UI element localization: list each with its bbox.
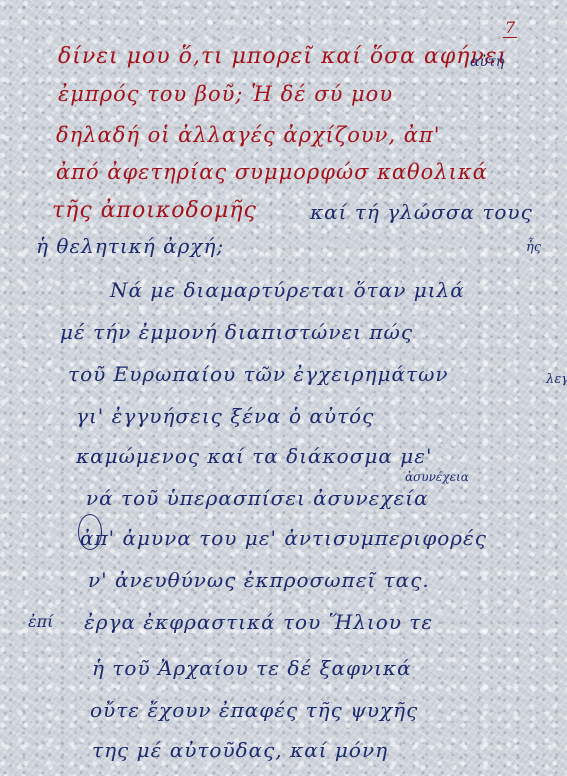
margin-annotation: λεγ xyxy=(546,372,567,387)
manuscript-line: καί τή γλώσσα τους xyxy=(310,200,533,224)
manuscript-line: ἡ θελητική ἀρχή; xyxy=(36,234,224,258)
manuscript-line: δηλαδή οἱ ἀλλαγές ἀρχίζουν, ἀπ' xyxy=(56,123,441,147)
manuscript-line: ἀπ' ἀμυνα του με' ἀντισυμπεριφορές xyxy=(80,526,487,550)
insert-annotation: ἀσυνέχεια xyxy=(405,470,469,484)
margin-annotation: αὐτή xyxy=(470,54,504,70)
manuscript-line: οὔτε ἔχουν ἐπαφές τῆς ψυχῆς xyxy=(90,698,418,722)
manuscript-line: τοῦ Ευρωπαίου τῶν ἐγχειρημάτων xyxy=(68,362,449,386)
manuscript-page: 7 δίνει μου ὅ,τι μπορεῖ καί ὅσα αφήνει α… xyxy=(0,0,567,776)
manuscript-line: ἐργα ἐκφραστικά του Ἥλιου τε xyxy=(84,610,433,634)
manuscript-line: Νά με διαμαρτύρεται ὅταν μιλά xyxy=(110,278,465,302)
manuscript-line: τῆς ἀποικοδομῆς xyxy=(52,198,257,223)
manuscript-line: νά τοῦ ὑπερασπίσει ἀσυνεχεία xyxy=(86,486,429,510)
manuscript-line: ἡ τοῦ Ἀρχαίου τε δέ ξαφνικά xyxy=(92,656,412,680)
manuscript-line: γι' ἐγγυήσεις ξένα ὁ αὐτός xyxy=(76,404,374,428)
manuscript-line: ν' ἀνευθύνως ἐκπροσωπεῖ τας. xyxy=(88,568,430,592)
margin-annotation: ἦς xyxy=(526,240,541,255)
manuscript-line: της μέ αὐτοῦδας, καί μόνη xyxy=(92,738,388,762)
manuscript-line: δίνει μου ὅ,τι μπορεῖ καί ὅσα αφήνει xyxy=(58,44,507,69)
margin-annotation: ἐπί xyxy=(28,612,53,631)
manuscript-line: καμώμενος καί τα διάκοσμα με' xyxy=(76,444,432,468)
page-number: 7 xyxy=(503,18,517,38)
manuscript-line: μέ τήν ἐμμονή διαπιστώνει πώς xyxy=(60,320,413,344)
manuscript-line: ἀπό ἀφετηρίας συμμορφώσ καθολικά xyxy=(56,160,488,184)
manuscript-line: ἐμπρός του βοῦ; Ἡ δέ σύ μου xyxy=(58,82,393,106)
